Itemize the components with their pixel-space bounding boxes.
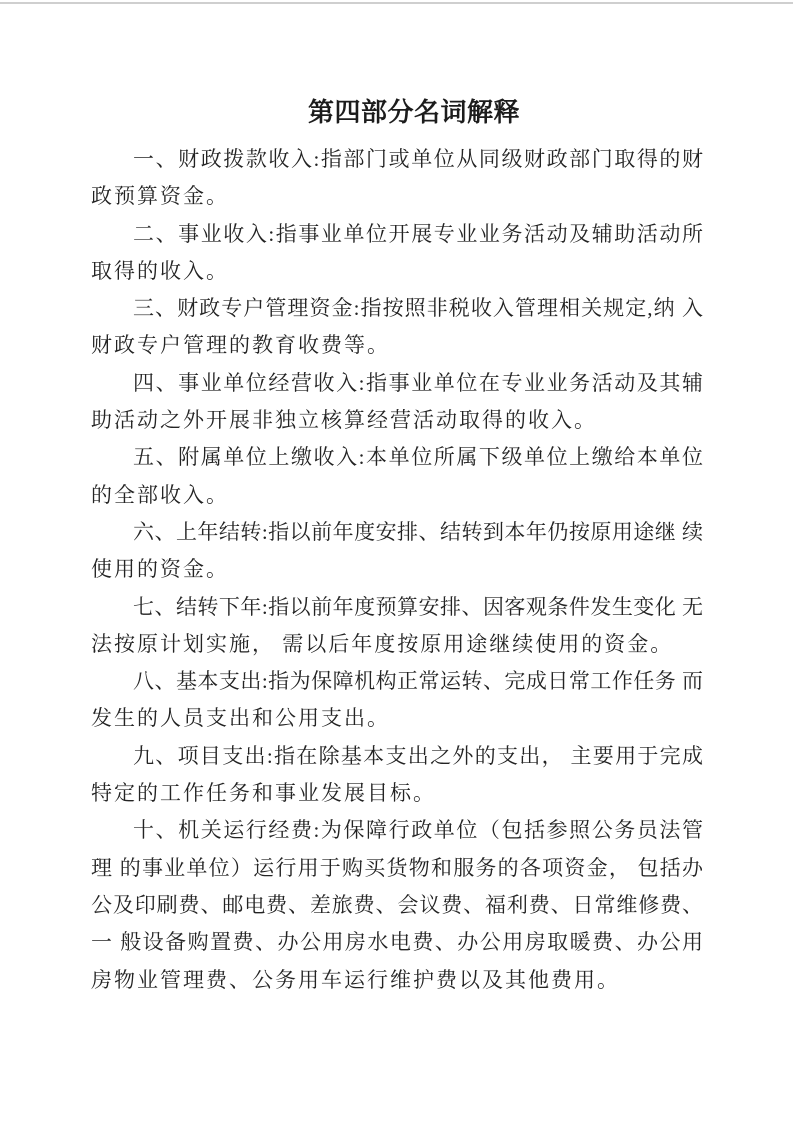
document-page: 第四部分名词解释 一、财政拨款收入:指部门或单位从同级财政部门取得的财政预算资金… [0,0,793,1122]
paragraph-line: 六、上年结转:指以前年度安排、结转到本年仍按原用途继 续 [91,514,703,551]
paragraph-line: 政预算资金。 [91,178,703,215]
paragraph-line: 一、财政拨款收入:指部门或单位从同级财政部门取得的财 [91,141,703,178]
document-body: 一、财政拨款收入:指部门或单位从同级财政部门取得的财政预算资金。二、事业收入:指… [91,141,703,999]
paragraph-line: 特定的工作任务和事业发展目标。 [91,775,703,812]
paragraph-line: 财政专户管理的教育收费等。 [91,327,703,364]
paragraph-line: 发生的人员支出和公用支出。 [91,700,703,737]
paragraph-line: 法按原计划实施， 需以后年度按原用途继续使用的资金。 [91,626,703,663]
paragraph-line: 房物业管理费、公务用车运行维护费以及其他费用。 [91,962,703,999]
paragraph-line: 七、结转下年:指以前年度预算安排、因客观条件发生变化 无 [91,589,703,626]
paragraph-line: 二、事业收入:指事业单位开展专业业务活动及辅助活动所 [91,216,703,253]
paragraph-line: 十、机关运行经费:为保障行政单位（包括参照公务员法管 [91,812,703,849]
scan-edge-line [0,2,793,4]
paragraph-line: 助活动之外开展非独立核算经营活动取得的收入。 [91,402,703,439]
paragraph-line: 公及印刷费、邮电费、差旅费、会议费、福利费、日常维修费、 [91,887,703,924]
paragraph-line: 使用的资金。 [91,551,703,588]
paragraph-line: 三、财政专户管理资金:指按照非税收入管理相关规定,纳 入 [91,290,703,327]
paragraph-line: 八、基本支出:指为保障机构正常运转、完成日常工作任务 而 [91,663,703,700]
paragraph-line: 五、附属单位上缴收入:本单位所属下级单位上缴给本单位 [91,439,703,476]
paragraph-line: 取得的收入。 [91,253,703,290]
paragraph-line: 的全部收入。 [91,477,703,514]
document-title: 第四部分名词解释 [91,94,703,130]
paragraph-line: 理 的事业单位）运行用于购买货物和服务的各项资金， 包括办 [91,850,703,887]
paragraph-line: 四、事业单位经营收入:指事业单位在专业业务活动及其辅 [91,365,703,402]
paragraph-line: 一 般设备购置费、办公用房水电费、办公用房取暖费、办公用 [91,924,703,961]
paragraph-line: 九、项目支出:指在除基本支出之外的支出， 主要用于完成 [91,738,703,775]
